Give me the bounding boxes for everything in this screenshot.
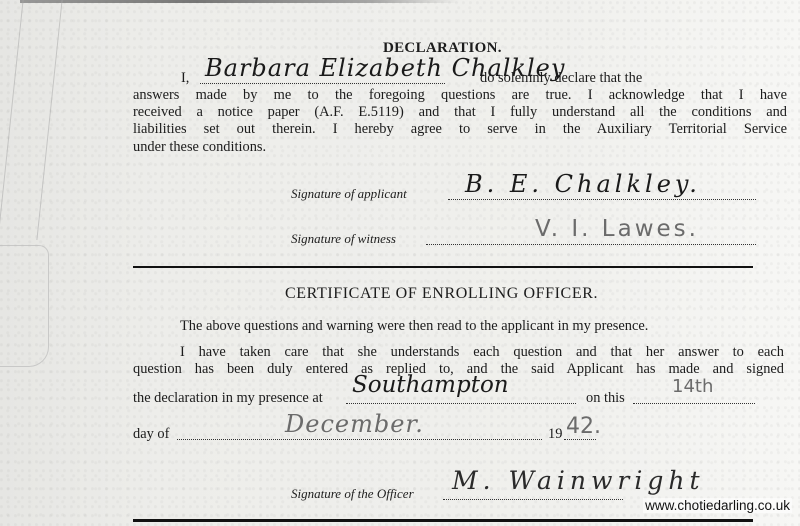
declaration-line1-prefix: I,: [181, 70, 189, 87]
declaration-line2: answers made by me to the foregoing ques…: [133, 87, 787, 104]
declaration-line3: received a notice paper (A.F. E.5119) an…: [133, 104, 787, 121]
month-handwritten: December.: [285, 410, 424, 438]
paper-top-edge: [20, 0, 460, 3]
declaration-line4: liabilities set out therein. I hereby ag…: [133, 121, 787, 138]
date-prefix: on this: [586, 390, 625, 407]
witness-signature-label: Signature of witness: [291, 231, 396, 247]
applicant-signature-label: Signature of applicant: [291, 186, 407, 202]
website-watermark: www.chotiedarling.co.uk: [643, 498, 792, 513]
officer-signature-handwritten: M. Wainwright: [452, 466, 705, 495]
declaration-line5: under these conditions.: [133, 139, 266, 156]
applicant-signature-handwritten: B. E. Chalkley.: [465, 170, 701, 198]
certificate-heading: CERTIFICATE OF ENROLLING OFFICER.: [285, 285, 598, 303]
day-handwritten: 14th: [672, 376, 713, 397]
witness-signature-handwritten: V. I. Lawes.: [535, 216, 699, 242]
year-prefix: 19: [548, 426, 562, 443]
section-divider: [133, 266, 753, 268]
paper-torn-piece: [0, 245, 49, 367]
year-handwritten: 42.: [566, 414, 601, 439]
place-prefix: the declaration in my presence at: [133, 390, 323, 407]
month-prefix: day of: [133, 426, 169, 443]
certificate-para2-line1: I have taken care that she understands e…: [180, 344, 784, 361]
officer-signature-label: Signature of the Officer: [291, 486, 414, 502]
certificate-para1: The above questions and warning were the…: [180, 318, 648, 335]
bottom-rule: [133, 519, 753, 522]
declaration-line1-suffix: do solemnly declare that the: [480, 70, 642, 87]
place-handwritten: Southampton: [352, 372, 509, 398]
